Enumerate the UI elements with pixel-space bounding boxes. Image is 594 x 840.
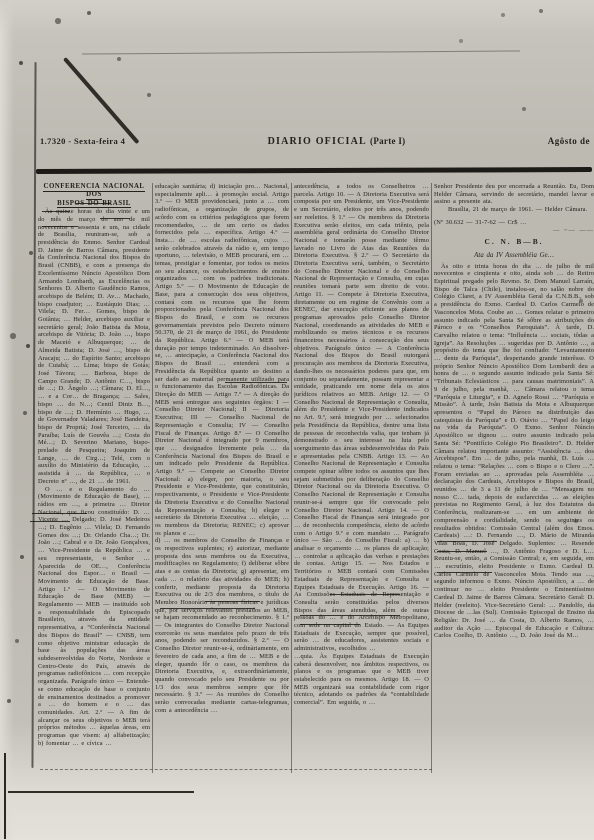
underline-artifact [32, 513, 87, 514]
underline-artifact [76, 203, 111, 204]
underline-artifact [100, 218, 130, 219]
col2-paragraph: d) … os membros do Conselho de Finanças … [155, 537, 289, 714]
column-rule [152, 183, 153, 773]
article-heading-line2: BISPOS DO BRASIL [38, 200, 150, 208]
col1-paragraph: Às quinze horas do dia vinte e um do mês… [38, 208, 150, 485]
column-2: educação sanitária; d) iniciação pro… Na… [155, 183, 289, 773]
divider-dashes: — ~— —— [434, 227, 594, 235]
edition-number: 1.7320 - Sexta-feira 4 [40, 136, 125, 146]
underline-artifact [300, 615, 400, 616]
article-columns: CONFERÊNCIA NACIONAL DOS BISPOS DO BRASI… [38, 183, 594, 773]
ink-streak-artifact [63, 57, 139, 144]
scan-noise-specks [0, 0, 2, 2]
organization-signature: C. N. B—B. [434, 238, 594, 246]
column-end-dashed-rule [40, 769, 432, 770]
issue-date: Agôsto de [548, 136, 590, 146]
underline-artifact [330, 594, 400, 595]
underline-artifact [205, 601, 260, 602]
col4-dateline: Brasília, 21 de março de 1961. — Helder … [434, 206, 594, 214]
scan-top-line-artifact [82, 50, 520, 54]
col2-paragraph: educação sanitária; d) iniciação pro… Na… [155, 183, 289, 537]
publication-stamp: (Nº 30.632 — 31-7-62 — Cr$ … [434, 219, 594, 227]
bottom-left-edge-line [4, 753, 6, 839]
masthead: 1.7320 - Sexta-feira 4 DIARIO OFICIAL (P… [40, 136, 590, 147]
scan-top-margin [0, 0, 594, 34]
scan-left-margin [0, 0, 14, 840]
gazette-title: DIARIO OFICIAL (Parte I) [268, 136, 406, 147]
underline-artifact [30, 521, 70, 522]
article-heading-line1: CONFERÊNCIA NACIONAL DOS [38, 183, 150, 200]
column-rule [291, 183, 292, 773]
underline-artifact [160, 608, 255, 609]
underline-artifact [225, 382, 287, 383]
column-3: antecedência, a todos os Conselheiros … … [294, 183, 429, 773]
col3-paragraph: antecedência, a todos os Conselheiros … … [294, 183, 429, 653]
underline-artifact [437, 551, 487, 552]
ata-title: Ata da IV Assembléia Ge… [434, 252, 594, 260]
gazette-title-text: DIARIO OFICIAL [268, 136, 367, 147]
column-1: CONFERÊNCIA NACIONAL DOS BISPOS DO BRASI… [38, 183, 150, 773]
underline-artifact [437, 541, 497, 542]
col1-paragraph: O … e o Regulamento do … (Movimento de E… [38, 486, 150, 748]
underline-artifact [437, 572, 492, 573]
column-rule [431, 183, 432, 773]
scanned-page: 1.7320 - Sexta-feira 4 DIARIO OFICIAL (P… [0, 0, 594, 840]
page-fold-crease [31, 62, 36, 768]
col4-paragraph: Às oito e trinta horas do dia … de julho… [434, 263, 594, 640]
underline-artifact [42, 226, 78, 227]
masthead-rule [36, 167, 592, 174]
bottom-rule-artifact [8, 791, 194, 793]
gazette-part: (Parte I) [370, 136, 405, 146]
col3-paragraph: …quia. Às Equipes Estaduais de Execução … [294, 653, 429, 707]
column-4: Senhor Presidente deu por encerrada a Re… [434, 183, 594, 773]
col4-opening-paragraph: Senhor Presidente deu por encerrada a Re… [434, 183, 594, 206]
underline-artifact [300, 624, 360, 625]
underline-artifact [42, 211, 70, 212]
